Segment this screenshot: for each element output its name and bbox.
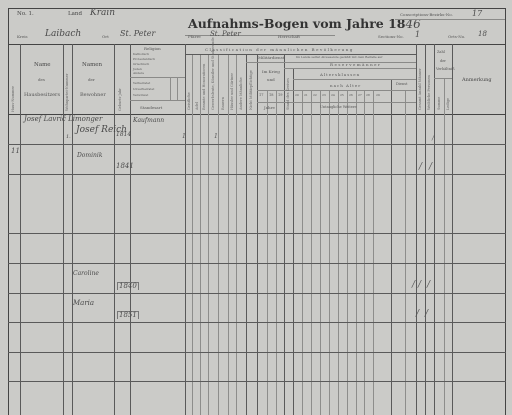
residents-header-1: Namen	[82, 63, 102, 69]
col-line	[267, 90, 268, 415]
row1-mark: 1	[182, 133, 186, 140]
row1-occupation: Kaufmann	[133, 118, 164, 124]
right-col-header: Weibliche Personen	[427, 70, 431, 110]
house-no-header: Haus-Nummer	[11, 80, 15, 112]
land-value: Krain	[90, 9, 115, 18]
age-20: 20	[295, 94, 299, 97]
alter-label: Altersklassen	[320, 73, 360, 77]
religion-box-divider	[130, 100, 185, 101]
col-line	[347, 90, 348, 415]
orts-value: 18	[478, 31, 487, 38]
row1-birth: 1814	[116, 132, 131, 138]
row5-tick: /	[416, 309, 419, 319]
row-separator	[8, 233, 506, 234]
kreis-label: Kreis	[17, 35, 28, 39]
age-26: 26	[349, 94, 353, 97]
row1-owner: Josef Lavrič Limonger	[24, 116, 102, 123]
row-separator	[8, 352, 506, 353]
col-line	[72, 44, 73, 415]
birth-year-header: Geburts-Jahr	[118, 85, 122, 111]
religion-row: Protestantisch	[133, 58, 155, 61]
jahre-label: Jahre	[264, 106, 275, 110]
in-war-header: Im Krieg	[262, 70, 280, 74]
right-head: Verhältniß	[436, 68, 455, 72]
class-col-header: Beamte und Honoratioren	[202, 64, 206, 110]
form-number: No. 1.	[17, 12, 34, 18]
reserve-title: Reservemänner	[330, 63, 381, 67]
col-line	[425, 44, 426, 415]
row-separator	[8, 174, 506, 175]
absent-label: Im Lande selbst Abwesende gezählt mit de…	[296, 56, 382, 59]
age-19: 19	[278, 94, 282, 98]
row2-house-no: 11	[11, 148, 20, 155]
pfarre-label: Pfarre	[188, 35, 201, 39]
military-header: Militärdienst	[258, 56, 284, 60]
reserve-rule	[284, 68, 416, 69]
district-value: 17	[472, 10, 482, 18]
status-row: Verheiratet	[133, 82, 150, 85]
col-line	[416, 44, 417, 415]
row-separator	[8, 322, 506, 323]
ages-rule	[257, 90, 416, 91]
class-col-header: Gewerbsleute, Künstler und Studierende	[211, 58, 215, 110]
frame-top	[8, 8, 506, 9]
row2-tick: /	[419, 162, 422, 172]
right-col-header: Gesamt Anzahl Männer	[418, 60, 422, 110]
col-line	[329, 90, 330, 415]
col-line	[228, 54, 229, 415]
form-title-text: Aufnahms-Bogen vom Jahre 18	[188, 16, 406, 31]
status-row: Unverheiratet	[133, 88, 154, 91]
row2-resident: Dominik	[77, 153, 102, 159]
age-21: 21	[304, 94, 308, 97]
class-col-header: Andere Männliche	[239, 74, 243, 110]
age-27: 27	[358, 94, 362, 97]
col-line	[200, 54, 201, 415]
row-separator	[8, 263, 506, 264]
ort-label: Ort	[102, 35, 109, 39]
classification-title: Classification der männlichen Bevölkerun…	[205, 48, 354, 52]
col-line	[311, 90, 312, 415]
class-col-header: Bauern	[221, 88, 225, 110]
row-separator	[8, 144, 506, 145]
col-line	[356, 90, 357, 415]
age-group-label: nach Alter	[330, 84, 361, 88]
class-col-header: Geistliche	[187, 80, 191, 110]
class-col-header: Häusler und Gärtner	[230, 76, 234, 110]
col-line	[236, 54, 237, 415]
census-form-sheet: No. 1. Land Krain Aufnahms-Bogen vom Jah…	[0, 0, 512, 415]
col-line	[391, 79, 392, 415]
religion-title: Religion	[144, 47, 161, 51]
header-bottom-rule	[8, 44, 506, 45]
owner-header-3: Hausbesitzers	[24, 93, 60, 98]
class-col-header: Nicht Militärpflichtige	[249, 66, 253, 110]
col-line	[405, 90, 406, 415]
occupation-header: Standesart	[140, 106, 162, 110]
stand-header: Stand des Kreises	[286, 82, 290, 110]
row2-birth: 1841	[116, 163, 134, 170]
col-line	[185, 44, 186, 415]
ort-value: St. Peter	[120, 30, 155, 38]
age-25: 25	[340, 94, 344, 97]
col-line	[218, 54, 219, 415]
status-col-line	[170, 77, 171, 100]
status-row: Verwitwet	[133, 94, 148, 97]
col-line	[114, 44, 115, 415]
right-head-rule	[434, 78, 452, 79]
orts-label: Orts-No.	[448, 35, 465, 39]
age-22: 22	[313, 94, 317, 97]
sections-value: 1	[415, 31, 420, 39]
right-col-header: Ledige	[446, 92, 450, 110]
row5-resident: Maria	[73, 300, 94, 307]
col-line	[338, 90, 339, 415]
in-war-and: und	[267, 78, 275, 82]
row1-mark: 1	[214, 133, 218, 140]
row4-resident: Caroline	[73, 271, 99, 277]
col-line	[373, 90, 374, 415]
residents-header-3: Bewohner	[80, 93, 106, 98]
frame-right	[505, 8, 506, 415]
religion-row: Katholisch	[133, 53, 149, 56]
age-24: 24	[331, 94, 335, 97]
status-col-line	[177, 77, 178, 100]
col-line	[208, 54, 209, 415]
right-head: Zahl	[437, 51, 445, 55]
row4-tick: /	[418, 280, 421, 290]
kreis-value: Laibach	[45, 30, 81, 39]
col-line	[192, 54, 193, 415]
age-28: 28	[366, 94, 370, 97]
class-col-header: Adel	[195, 90, 199, 110]
age-17: 17	[259, 94, 263, 98]
age-29: 29	[376, 94, 380, 97]
sections-label: Sections-No.	[378, 35, 404, 39]
col-line	[257, 54, 258, 415]
herrschaft-label: Herrschaft	[278, 35, 300, 39]
row4-birth: 1840	[117, 282, 139, 290]
age-18: 18	[269, 94, 273, 98]
right-head: der	[440, 60, 446, 64]
right-col-header: Summe	[437, 92, 441, 110]
row4-tick: /	[427, 280, 430, 290]
form-title: Aufnahms-Bogen vom Jahre 1846	[188, 18, 421, 31]
residents-header-2: der	[88, 78, 95, 82]
ages-bottom-rule	[257, 102, 416, 103]
row1-tick: /	[432, 135, 434, 142]
age-23: 23	[322, 94, 326, 97]
row5-tick: /	[425, 309, 428, 319]
taugliche-label: Untaugliche Weitere	[320, 106, 357, 110]
col-line	[63, 44, 64, 415]
row2-tick: /	[429, 162, 432, 172]
land-label: Land	[68, 12, 82, 18]
col-line	[452, 44, 453, 415]
owner-header-1: Name	[34, 63, 51, 69]
alter-rule	[293, 79, 416, 80]
row-separator	[8, 381, 506, 382]
col-line	[444, 78, 445, 415]
col-line	[293, 68, 294, 415]
col-line	[302, 90, 303, 415]
religion-row: Andere	[133, 72, 144, 75]
religion-row: Griechisch	[133, 63, 149, 66]
col-line	[276, 90, 277, 415]
col-line	[320, 90, 321, 415]
owner-header-2: des	[38, 78, 45, 82]
district-underline	[395, 19, 505, 20]
col-line	[434, 44, 435, 415]
col-line	[284, 54, 285, 415]
frame-left	[8, 8, 9, 415]
row-separator	[8, 293, 506, 294]
row5-birth: 1851	[117, 311, 139, 319]
col-line	[20, 44, 21, 415]
remarks-header: Anmerkung	[462, 78, 492, 83]
col-line	[364, 90, 365, 415]
apt-no-header: Wohnpartei-Nummer	[65, 75, 69, 111]
row4-tick: /	[412, 280, 415, 290]
row1-apt-no: 1.	[66, 135, 71, 140]
district-label: Conscriptions-Bezirks-No.	[400, 13, 453, 17]
col-line	[246, 54, 247, 415]
dienst-label: Dienst	[396, 83, 407, 87]
title-underline	[185, 35, 335, 36]
